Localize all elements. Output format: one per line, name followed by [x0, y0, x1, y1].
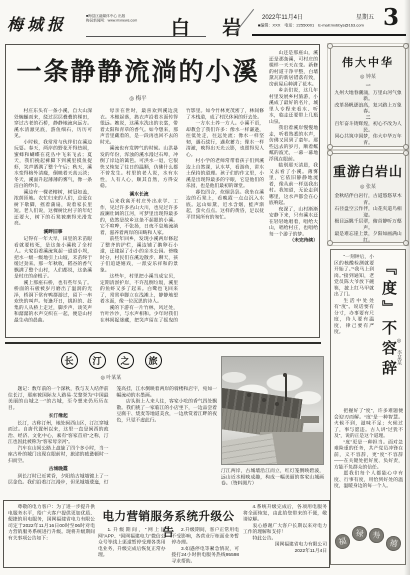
poem1-author: ◎ 钟某 — [331, 73, 405, 80]
poem1-body: 一九州大地春潮涌，万里山河气象新。改革扬帆逐浪高，复兴路上万象春。二百年奋斗铸辉… — [333, 83, 403, 147]
photo-lamp-pole — [285, 375, 287, 401]
photo-changting-river — [221, 356, 324, 465]
header-rule — [252, 34, 406, 36]
announcement-right: 4.系统升级完成后，各项用电服务将全面恢复，由此给您带来的不便，敬请谅解。衷心感… — [243, 504, 327, 565]
lantern-icon — [275, 402, 279, 406]
power-announcement: 尊敬的电力客户：为了进一步提升供电服务水平，给广大客户提供更加优质、便捷的用电服… — [3, 500, 330, 568]
main-author: ◎ 梅平 — [11, 94, 265, 102]
photo-buildings — [301, 416, 319, 423]
poem-box-great-china: 伟大中华 ◎ 钟某 一九州大地春潮涌，万里山河气象新。改革扬帆逐浪高，复兴路上万… — [330, 46, 406, 147]
circled-char-2: 汀 — [89, 352, 106, 369]
poem2-body: 金秋结伴白岩行，古道悠悠草木青。石径盘空云作伴，山花夹道鸟相迎。极目远眺千层翠，… — [333, 193, 403, 245]
decorative-seals: 福 禄 寿 禧 — [335, 526, 403, 551]
main-headline: 一条静静流淌的小溪 — [11, 52, 265, 88]
seal-icon: 禧 — [385, 535, 403, 553]
circled-char-3: 之 — [117, 352, 134, 369]
page-number: 3 — [383, 4, 399, 31]
poem1-title: 伟大中华 — [331, 47, 405, 70]
duty-article: “一刻钟后，小区的核酸检测就要开始了。”“我马上到岗。”接到通知，老党员陈大爷放… — [330, 249, 406, 565]
seal-icon: 寿 — [368, 527, 384, 543]
newspaper-masthead: 梅城报 — [7, 12, 67, 35]
duty-author: ◎ 李某某 — [396, 338, 403, 365]
main-article-right-column: 山还是那座山，溪还是那条溪，可村庄的模样一天天在变。新修的村道干净平整，白墙黛瓦… — [269, 50, 318, 332]
circled-char-4: 旅 — [145, 352, 162, 369]
corner-ornament — [327, 150, 333, 156]
corner-ornament — [327, 43, 333, 49]
changting-columns: 题记：数年前的一个深秋，我与友人结伴前往长汀，那座被国际友人路易·艾黎誉为“中国… — [8, 386, 217, 494]
page-edge-shadow — [404, 0, 410, 575]
weekday-text: 星期五 — [356, 12, 374, 21]
announcement-intro: 尊敬的电力客户：为了进一步提升供电服务水平，给广大客户提供更加优质、便捷的用电服… — [8, 504, 95, 565]
circled-char-1: 长 — [61, 352, 78, 369]
changting-author: ◎ 叶某某 — [5, 374, 217, 381]
duty-body: 把握好了“度”，许多难题便会迎刃而解。“度”是一种智慧。火候不到，滋味不足；火候… — [334, 408, 403, 520]
editor-line: ■编辑：XXX 电话：22550001 E-mail:mxbbys@163.co… — [258, 23, 380, 32]
seal-icon: 福 — [333, 532, 351, 550]
lantern-icon — [283, 373, 287, 377]
newspaper-page: 梅城报 ■梅县区融媒体中心 出版 梅县新闻网：www.mxnews.com 白 … — [0, 0, 410, 575]
duty-column-1: “一刻钟后，小区的核酸检测就要开始了。”“我马上到岗。”接到通知，老党员陈大爷放… — [334, 254, 374, 404]
corner-ornament — [327, 240, 333, 246]
poem2-author: ◎ 张某 — [331, 183, 405, 190]
seal-icon: 禄 — [351, 525, 368, 542]
main-article: 一条静静流淌的小溪 ◎ 梅平 村庄东头有一条小溪，自大山深处蜿蜒而来，绕过层层叠… — [5, 44, 320, 338]
changting-title: 长 汀 之 旅 — [5, 352, 217, 369]
section-divider — [5, 342, 321, 344]
poem2-title: 重游白岩山 — [331, 154, 405, 180]
photo-steps — [221, 434, 277, 465]
poem-box-baiyanshan: 重游白岩山 ◎ 张某 金秋结伴白岩行，古道悠悠草木青。石径盘空云作伴，山花夹道鸟… — [330, 153, 406, 243]
date-text: 2022年11月4日 — [262, 12, 303, 21]
announcement-items: 1.升级期间，“网上国网”APP、“国网福建电力”微信公众号等线上渠道暂停受理各… — [98, 527, 239, 565]
photo-caption: 汀江两岸，古城墙沿江而立，红灯笼倒映碧波，远山近水相映成趣，构成一幅美丽的客家山… — [221, 468, 324, 496]
main-article-columns: 村庄东头有一条小溪，自大山深处蜿蜒而来，绕过层层叠叠的梯田，穿过古老的石桥，静静… — [14, 108, 264, 332]
dateline: 2022年11月4日 星期五 — [262, 12, 374, 21]
